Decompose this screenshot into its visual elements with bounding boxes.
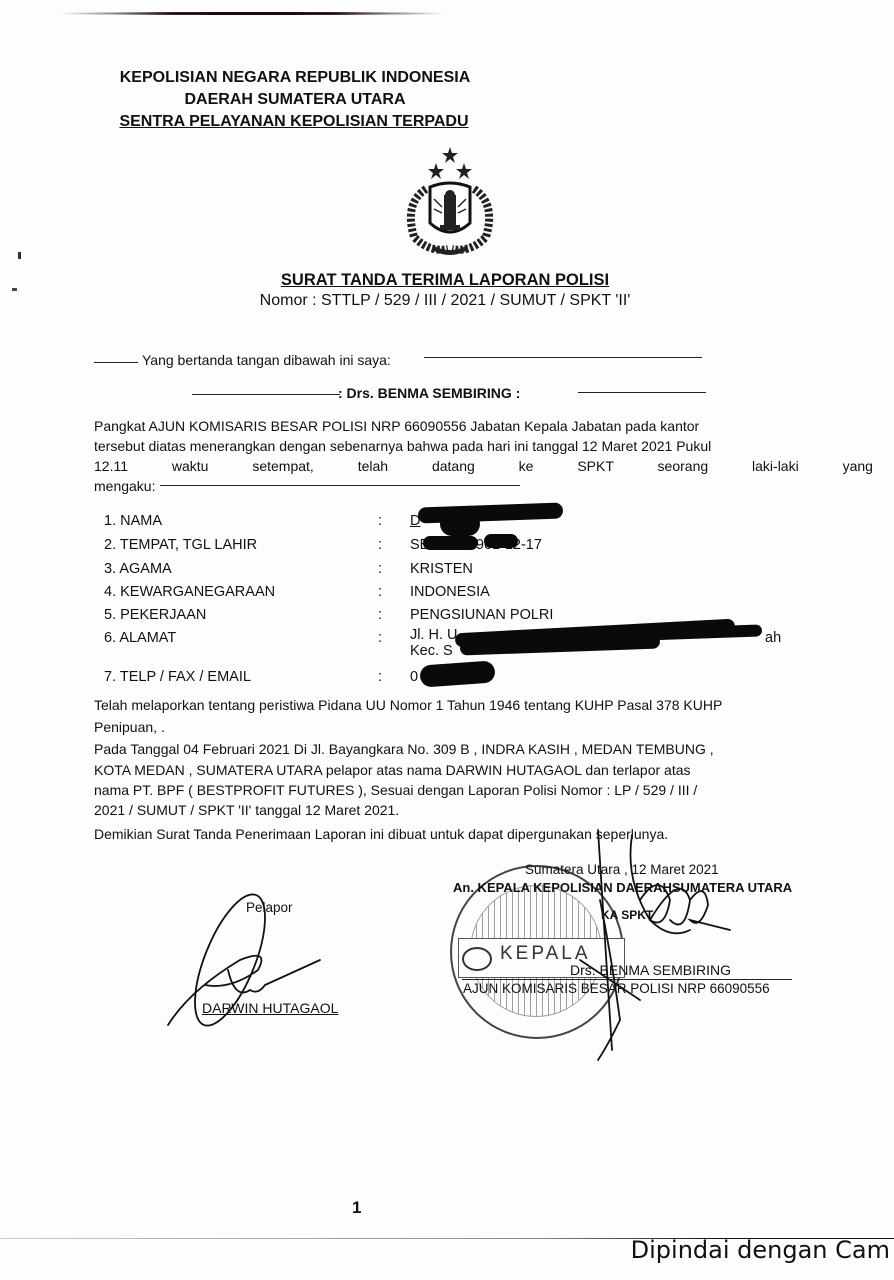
handwritten-signatures [0,0,894,1280]
scanner-watermark: Dipindai dengan Cam [631,1236,890,1264]
page-number: 1 [352,1198,361,1218]
